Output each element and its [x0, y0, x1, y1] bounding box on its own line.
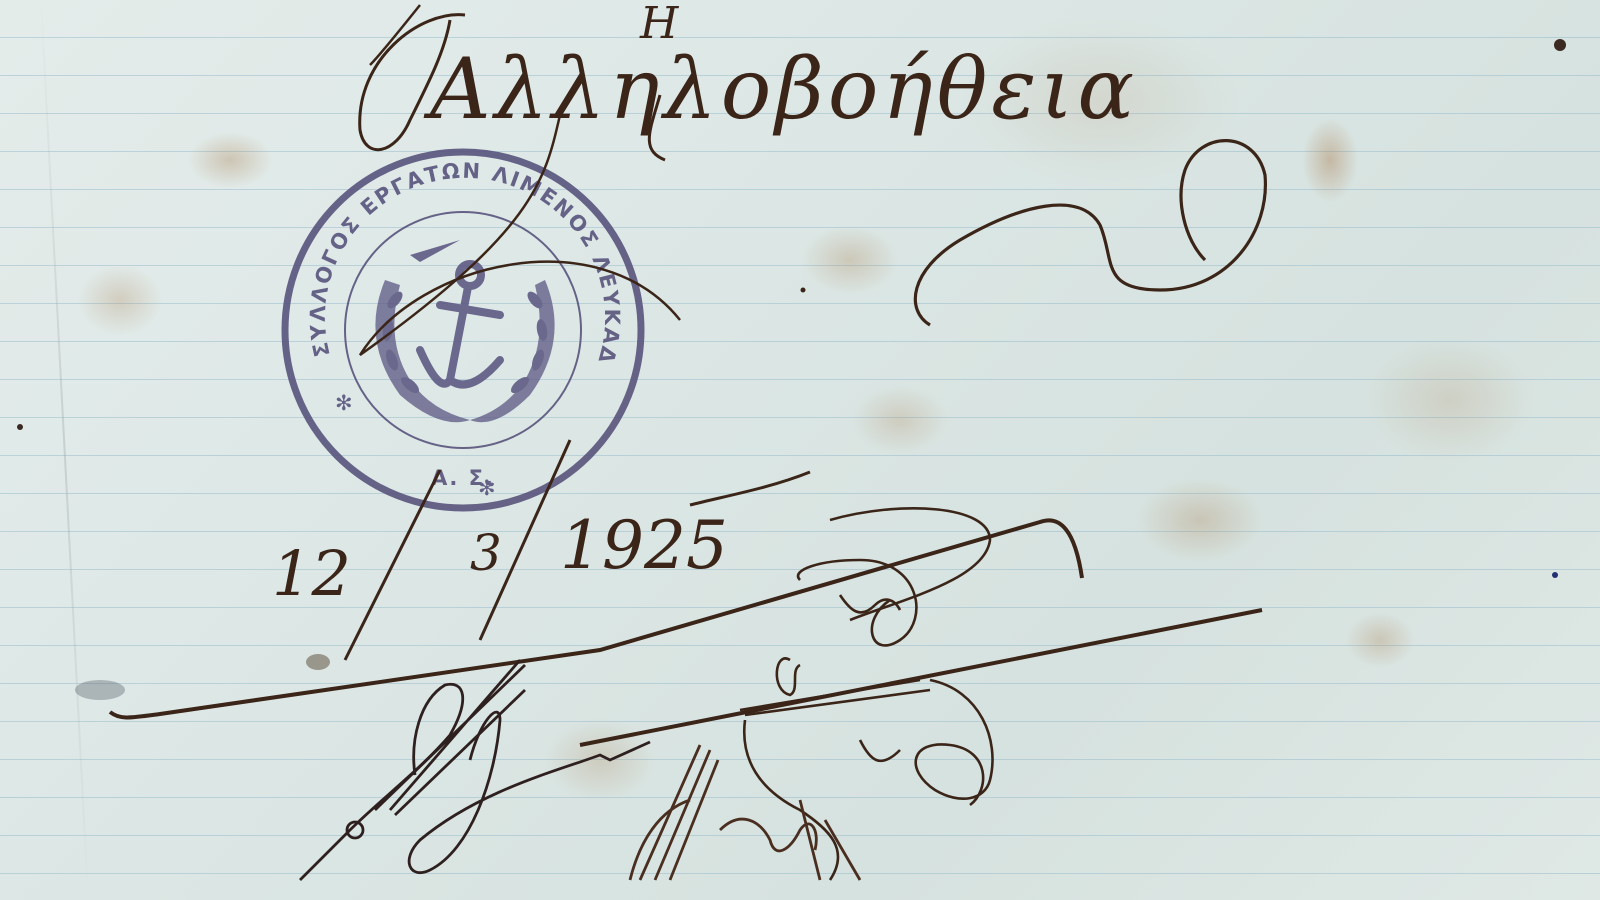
descender-stroke: [360, 115, 680, 355]
long-underline-2: [580, 610, 1262, 745]
date-day: 12: [272, 537, 351, 610]
date-slash-1: [345, 470, 440, 660]
stamp-star-left-icon: ✻: [335, 391, 355, 415]
ink-dot: [801, 288, 806, 293]
ink-specks: [17, 39, 1566, 700]
signature-center: [740, 508, 993, 880]
decorative-flourish: [915, 141, 1265, 325]
document-ink-layer: ΣΥΛΛΟΓΟΣ ΕΡΓΑΤΩΝ ΛΙΜΕΝΟΣ ΛΕΥΚΑΔΟΣ Η ΑΛΛΗ…: [0, 0, 1600, 900]
stamp-star-bottom-icon: ✻: [478, 476, 498, 500]
anchor-icon: [420, 264, 500, 385]
date-year: 1925: [560, 507, 728, 584]
date-month: 3: [470, 524, 502, 582]
signature-bottom: [630, 745, 860, 880]
heading-word: Αλληλοβοήθεια: [423, 40, 1138, 138]
signature-left: [300, 660, 650, 880]
